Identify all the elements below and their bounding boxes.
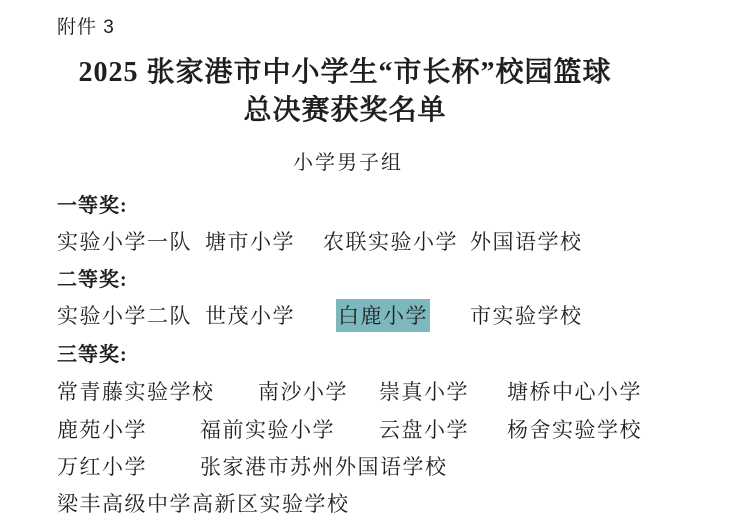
school-name: 实验小学二队 — [57, 300, 192, 330]
school-name: 实验小学一队 — [57, 226, 192, 256]
school-name: 福前实验小学 — [200, 414, 335, 444]
attachment-label: 附件 3 — [57, 12, 115, 39]
school-name: 鹿苑小学 — [57, 414, 147, 444]
school-name: 梁丰高级中学高新区实验学校 — [57, 488, 350, 518]
group-heading: 小学男子组 — [0, 146, 696, 175]
school-name: 常青藤实验学校 — [57, 376, 215, 406]
school-name: 市实验学校 — [470, 300, 583, 330]
school-name: 张家港市苏州外国语学校 — [200, 451, 448, 481]
highlighted-school-name: 白鹿小学 — [336, 299, 430, 332]
school-name: 崇真小学 — [379, 376, 469, 406]
school-name: 外国语学校 — [470, 226, 583, 256]
document-page: 附件 3 2025 张家港市中小学生“市长杯”校园篮球 总决赛获奖名单 小学男子… — [0, 0, 734, 525]
school-name: 塘桥中心小学 — [507, 376, 642, 406]
school-name: 云盘小学 — [379, 414, 469, 444]
school-name: 南沙小学 — [258, 376, 348, 406]
school-name: 万红小学 — [57, 451, 147, 481]
document-title-line1: 2025 张家港市中小学生“市长杯”校园篮球 — [0, 50, 690, 90]
award-label-second-prize: 二等奖: — [57, 263, 128, 292]
school-name: 杨舍实验学校 — [507, 414, 642, 444]
school-name: 农联实验小学 — [323, 226, 458, 256]
award-label-third-prize: 三等奖: — [57, 338, 128, 367]
school-name: 塘市小学 — [205, 226, 295, 256]
award-label-first-prize: 一等奖: — [57, 189, 128, 218]
document-title-line2: 总决赛获奖名单 — [0, 88, 690, 128]
school-name: 世茂小学 — [205, 300, 295, 330]
